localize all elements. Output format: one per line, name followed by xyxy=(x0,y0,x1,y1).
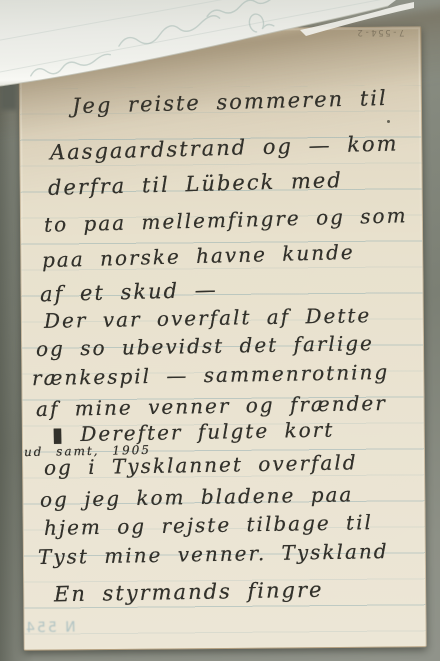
handwriting-line: En styrmands fingre xyxy=(54,578,324,607)
curled-page-corner xyxy=(0,0,440,140)
archival-stamp-bottom-left-mirrored: N 554 xyxy=(24,620,76,637)
handwriting-line: af et skud — xyxy=(40,278,218,307)
handwriting-line: ▮ Derefter fulgte kort xyxy=(52,418,335,447)
curled-leaf-shape xyxy=(0,0,396,86)
photograph-of-notebook: 7-554-2 N 554 Jeg reiste sommeren tilAas… xyxy=(0,0,440,661)
